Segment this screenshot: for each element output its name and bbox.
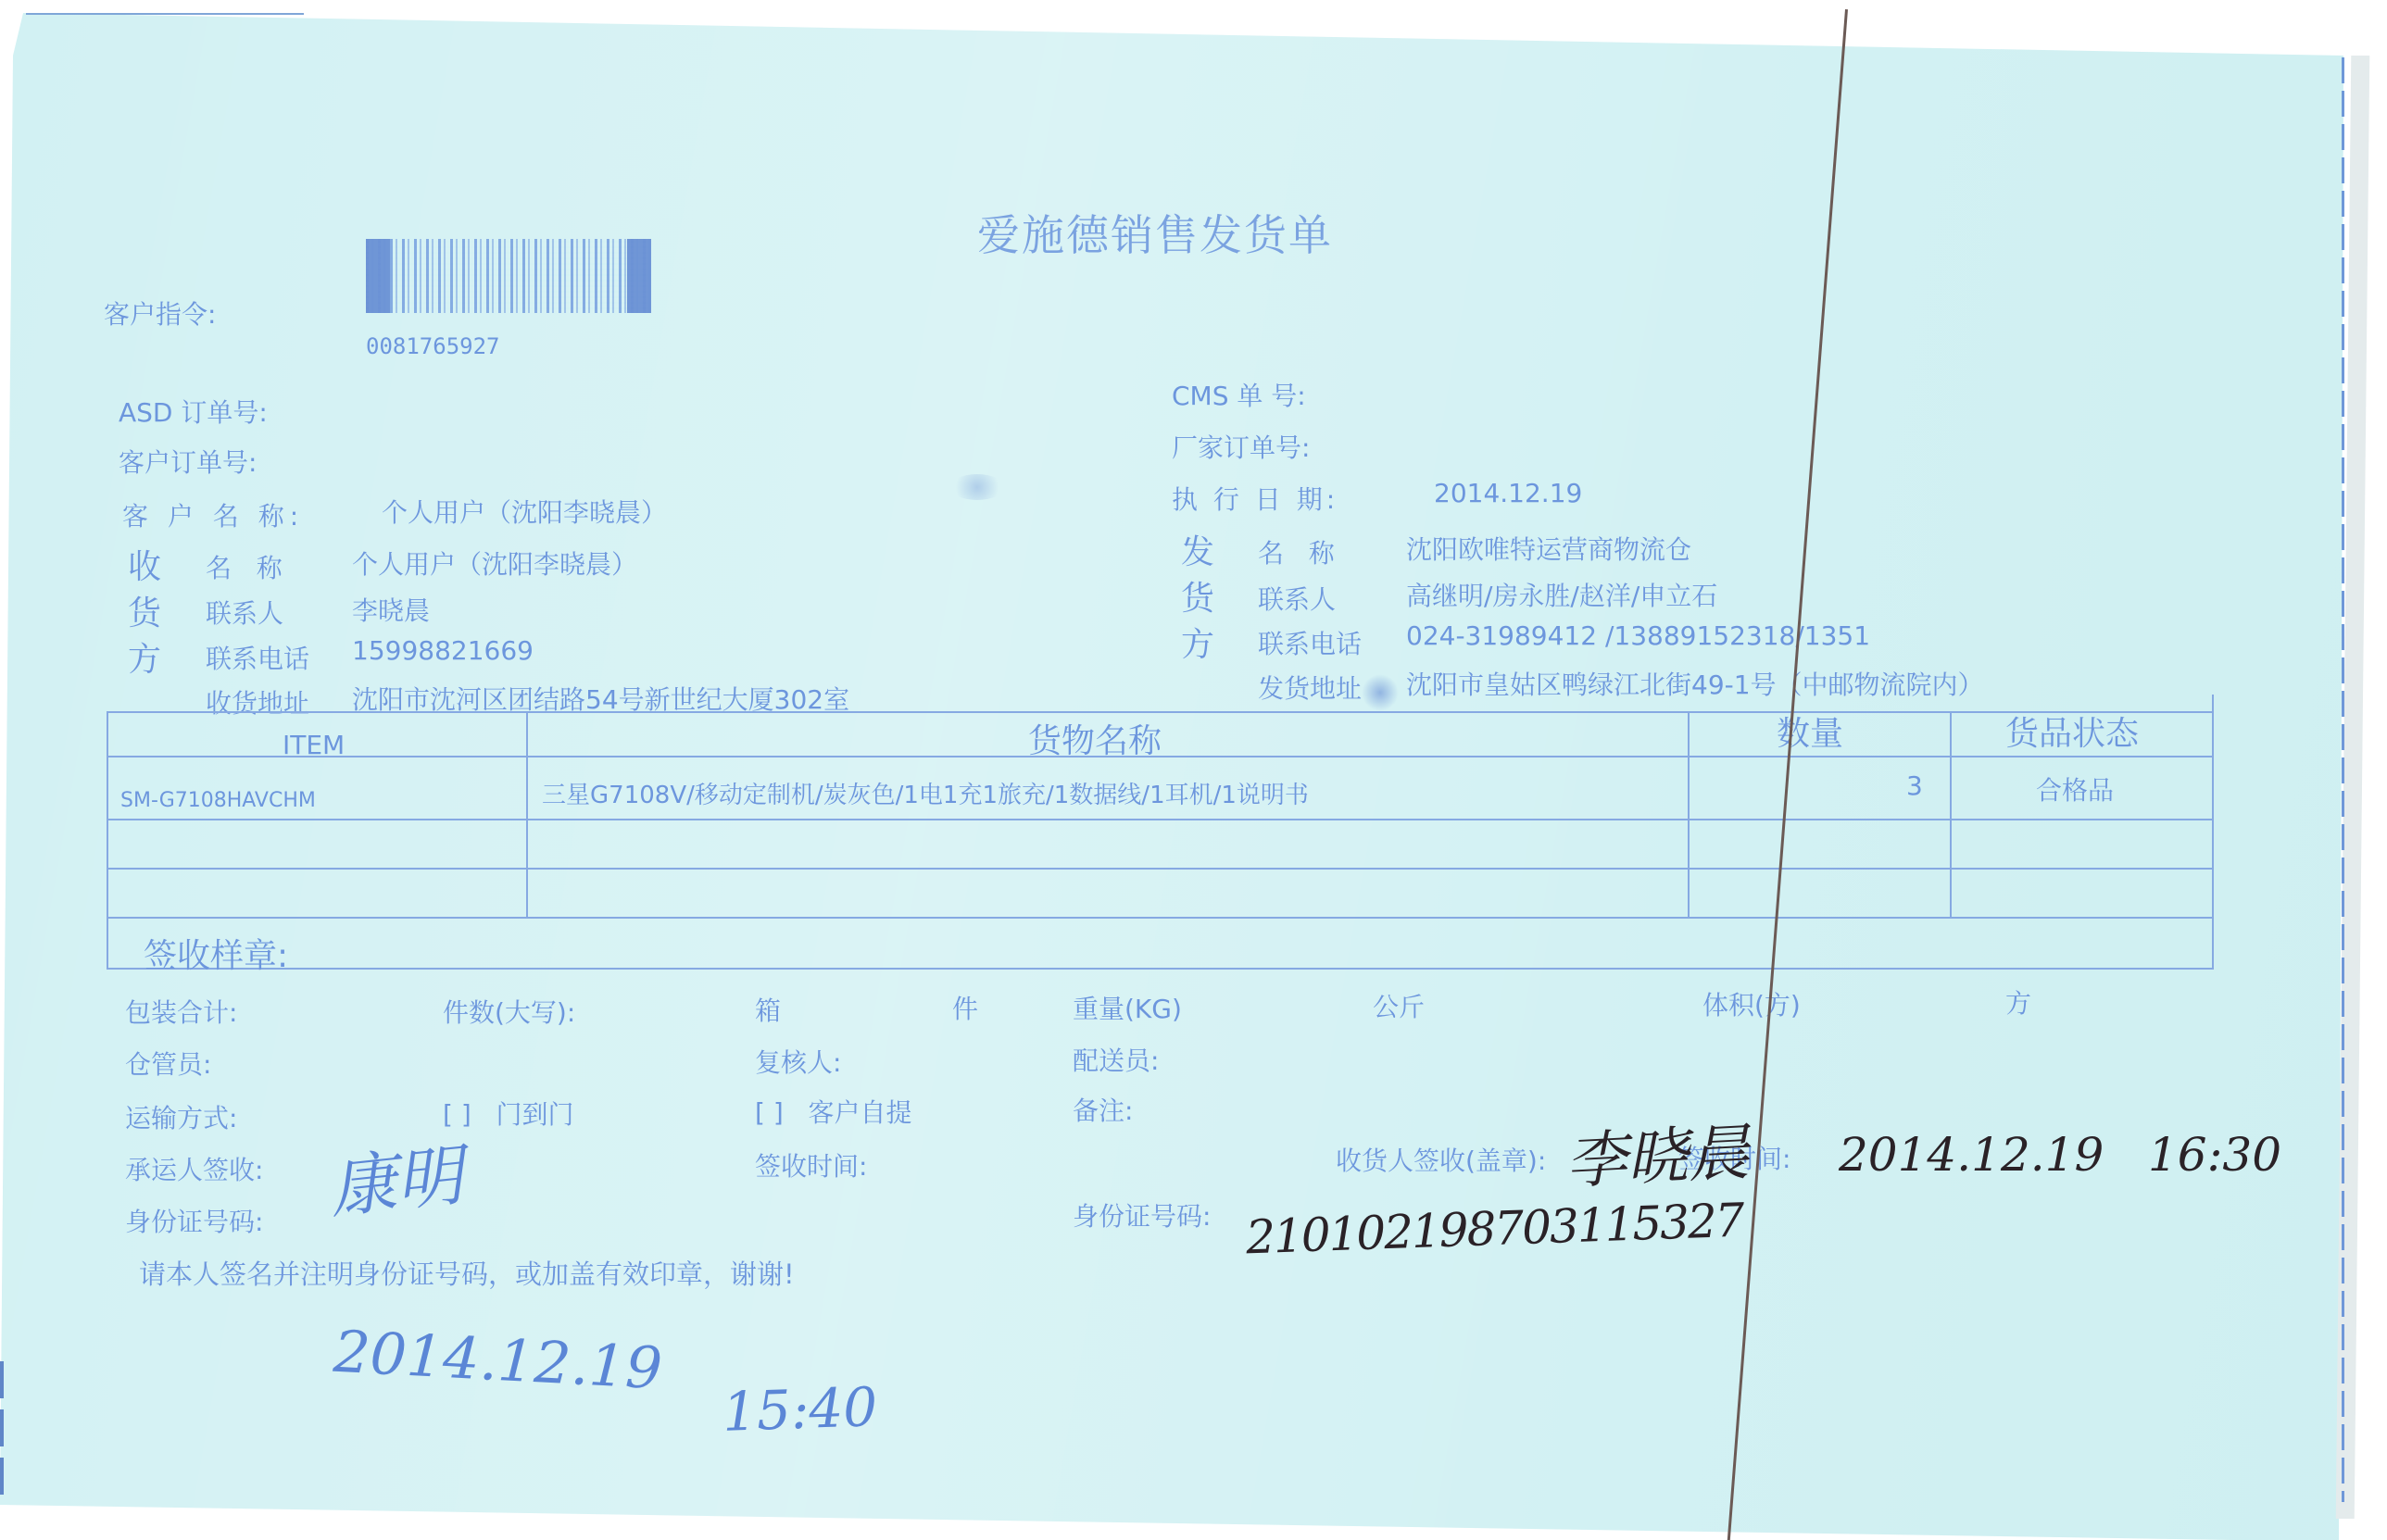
warehouse-keeper-label: 仓管员:: [125, 1045, 211, 1082]
receiver-contact-label: 联系人: [206, 594, 283, 631]
box-label: 箱: [755, 991, 781, 1028]
receiver-name-label: 名 称: [206, 548, 283, 585]
shipper-side-char-1: 发: [1181, 526, 1214, 573]
kg-label: 公斤: [1373, 987, 1425, 1024]
manufacturer-order-label: 厂家订单号:: [1172, 428, 1310, 465]
shipper-side-char-2: 货: [1181, 572, 1214, 620]
shipper-address-label: 发货地址: [1258, 669, 1362, 706]
customer-instruction-number: 0081765927: [366, 333, 500, 359]
delivery-person-label: 配送员:: [1073, 1041, 1159, 1078]
cubic-label: 方: [2005, 983, 2031, 1020]
row-goods-name: 三星G7108V/移动定制机/炭灰色/1电1充1旅充/1数据线/1耳机/1说明书: [542, 776, 1309, 810]
barcode: [366, 239, 651, 313]
weight-label: 重量(KG): [1073, 989, 1182, 1026]
volume-label: 体积(方): [1702, 985, 1801, 1022]
customer-order-label: 客户订单号:: [119, 443, 257, 480]
carrier-handwritten-time: 15:40: [722, 1375, 878, 1444]
transport-method-label: 运输方式:: [125, 1098, 237, 1135]
cms-number-label: CMS 单 号:: [1172, 376, 1306, 413]
receiver-handwritten-sign-time: 2014.12.19 16:30: [1839, 1128, 2281, 1182]
shipper-address-value: 沈阳市皇姑区鸭绿江北街49-1号（中邮物流院内）: [1406, 665, 1984, 702]
receiver-signature: 李晓晨: [1564, 1103, 1752, 1200]
sign-stamp-label: 签收样章:: [144, 930, 288, 977]
shipper-side-char-3: 方: [1181, 619, 1214, 666]
column-header-status: 货品状态: [2005, 707, 2139, 755]
package-total-label: 包装合计:: [125, 993, 237, 1030]
document-title: 爱施德销售发货单: [977, 202, 1333, 263]
shipper-contact-label: 联系人: [1258, 580, 1336, 617]
shipper-contact-value: 高继明/房永胜/赵洋/申立石: [1406, 576, 1717, 613]
shipper-name-label: 名 称: [1258, 533, 1335, 570]
perforation-right: [2342, 57, 2344, 1502]
row-status: 合格品: [2036, 770, 2114, 808]
customer-instruction-label: 客户指令:: [104, 294, 216, 332]
receiver-phone-value: 15998821669: [352, 635, 534, 666]
ink-smudge: [1362, 674, 1399, 711]
carrier-signature: 康明: [324, 1121, 467, 1231]
shipper-name-value: 沈阳欧唯特运营商物流仓: [1406, 530, 1691, 567]
option-customer-pickup[interactable]: [ ] 客户自提: [755, 1093, 911, 1130]
perforation-top: [26, 13, 304, 15]
pieces-label: 件数(大写):: [443, 993, 575, 1030]
customer-name-label: 客 户 名 称:: [122, 496, 304, 533]
row-quantity: 3: [1906, 770, 1923, 801]
customer-name-value: 个人用户（沈阳李晓晨）: [382, 493, 667, 530]
receiver-id-label: 身份证号码:: [1073, 1196, 1211, 1233]
receiver-address-label: 收货地址: [206, 683, 309, 720]
carrier-id-label: 身份证号码:: [125, 1202, 263, 1239]
remark-label: 备注:: [1073, 1091, 1133, 1128]
receiver-contact-value: 李晓晨: [352, 591, 430, 628]
perforation-left: [0, 1361, 4, 1500]
piece-label: 件: [952, 989, 978, 1026]
column-header-goods-name: 货物名称: [1028, 715, 1162, 762]
asd-order-label: ASD 订单号:: [119, 393, 268, 430]
exec-date-value: 2014.12.19: [1434, 478, 1582, 508]
shipper-phone-label: 联系电话: [1258, 624, 1362, 661]
column-header-item: ITEM: [283, 730, 345, 760]
receiver-sign-label: 收货人签收(盖章):: [1336, 1141, 1546, 1178]
receiver-phone-label: 联系电话: [206, 639, 309, 676]
receiver-side-char-3: 方: [128, 633, 161, 681]
exec-date-label: 执 行 日 期:: [1172, 480, 1338, 517]
receiver-name-value: 个人用户（沈阳李晓晨）: [352, 545, 637, 582]
carrier-sign-time-label: 签收时间:: [755, 1146, 867, 1183]
signature-notice: 请本人签名并注明身份证号码，或加盖有效印章，谢谢!: [139, 1254, 795, 1292]
row-item-code: SM-G7108HAVCHM: [120, 789, 316, 812]
ink-smudge: [949, 474, 1005, 500]
receiver-side-char-1: 收: [128, 541, 161, 588]
option-door-to-door[interactable]: [ ] 门到门: [443, 1095, 573, 1132]
column-header-quantity: 数量: [1777, 707, 1843, 755]
shipper-phone-value: 024-31989412 /13889152318/1351: [1406, 620, 1870, 651]
reviewer-label: 复核人:: [755, 1043, 841, 1080]
receiver-side-char-2: 货: [128, 587, 161, 634]
carrier-sign-label: 承运人签收:: [125, 1150, 263, 1187]
